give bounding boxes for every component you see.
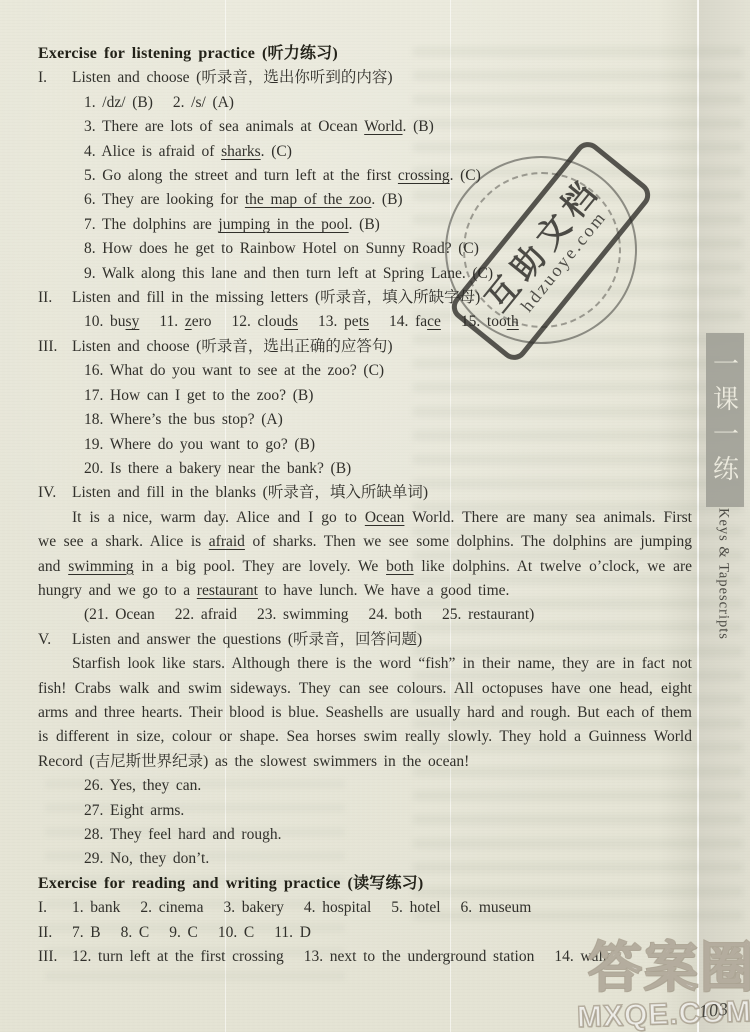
section-I: I.Listen and choose (听录音，选出你听到的内容) [38, 66, 692, 90]
edge-caption-keys-tapescripts: Keys & Tapescripts [708, 508, 738, 678]
content-lines: Exercise for listening practice (听力练习)I.… [38, 42, 692, 969]
item-4: 4. Alice is afraid of sharks. (C) [38, 140, 692, 164]
item-10-15: 10. busy 11. zero 12. clouds 13. pets 14… [38, 310, 692, 334]
item-9: 9. Walk along this lane and then turn le… [38, 262, 692, 286]
roman-numeral: II. [38, 286, 72, 310]
roman-numeral: II. [38, 921, 72, 945]
item-20: 20. Is there a bakery near the bank? (B) [38, 457, 692, 481]
item-29: 29. No, they don’t. [38, 847, 692, 871]
edge-tab-series-label: 一课一练 [706, 333, 744, 507]
answers-21-25: (21. Ocean 22. afraid 23. swimming 24. b… [38, 603, 692, 627]
item-26: 26. Yes, they can. [38, 774, 692, 798]
item-7: 7. The dolphins are jumping in the pool.… [38, 213, 692, 237]
roman-numeral: I. [38, 66, 72, 90]
rw-III: III.12. turn left at the first crossing … [38, 945, 692, 969]
item-8: 8. How does he get to Rainbow Hotel on S… [38, 237, 692, 261]
rw-I: I.1. bank 2. cinema 3. bakery 4. hospita… [38, 896, 692, 920]
passage-ocean-world: It is a nice, warm day. Alice and I go t… [38, 506, 692, 604]
item-16: 16. What do you want to see at the zoo? … [38, 359, 692, 383]
item-17: 17. How can I get to the zoo? (B) [38, 384, 692, 408]
item-1-2: 1. /dz/ (B) 2. /s/ (A) [38, 91, 692, 115]
item-19: 19. Where do you want to go? (B) [38, 433, 692, 457]
rw-II: II.7. B 8. C 9. C 10. C 11. D [38, 921, 692, 945]
item-3: 3. There are lots of sea animals at Ocea… [38, 115, 692, 139]
item-6: 6. They are looking for the map of the z… [38, 188, 692, 212]
section-IV: IV.Listen and fill in the blanks (听录音，填入… [38, 481, 692, 505]
item-28: 28. They feel hard and rough. [38, 823, 692, 847]
roman-numeral: III. [38, 335, 72, 359]
section-V: V.Listen and answer the questions (听录音，回… [38, 628, 692, 652]
heading-reading: Exercise for reading and writing practic… [38, 872, 692, 896]
roman-numeral: I. [38, 896, 72, 920]
passage-starfish: Starfish look like stars. Although there… [38, 652, 692, 774]
section-III: III.Listen and choose (听录音，选出正确的应答句) [38, 335, 692, 359]
section-II: II.Listen and fill in the missing letter… [38, 286, 692, 310]
roman-numeral: III. [38, 945, 72, 969]
item-18: 18. Where’s the bus stop? (A) [38, 408, 692, 432]
page-number: 103 [698, 998, 730, 1022]
roman-numeral: V. [38, 628, 72, 652]
roman-numeral: IV. [38, 481, 72, 505]
item-5: 5. Go along the street and turn left at … [38, 164, 692, 188]
heading-listening: Exercise for listening practice (听力练习) [38, 42, 692, 66]
item-27: 27. Eight arms. [38, 799, 692, 823]
